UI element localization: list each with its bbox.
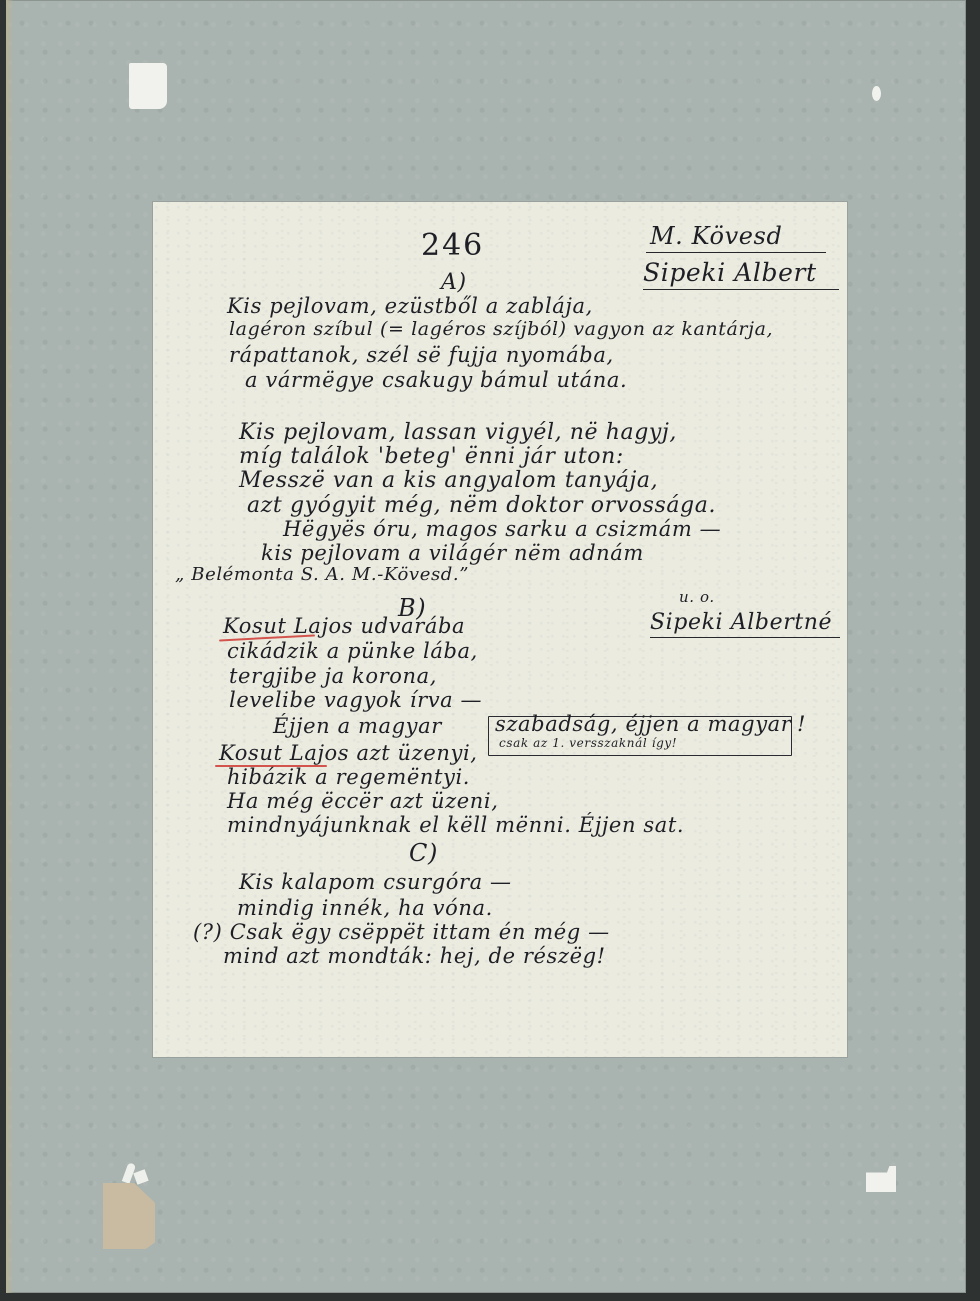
verse-line: míg találok 'beteg' ënni jár uton: (239, 444, 624, 469)
verse-line: mind azt mondták: hej, de részëg! (223, 944, 606, 968)
attribution-line: „ Belémonta S. A. M.-Kövesd.” (175, 564, 469, 585)
verse-line: Kosut Lajos udvarába (223, 614, 465, 638)
section-label-a: A) (441, 270, 467, 295)
informant-name-b: Sipeki Albertné (650, 610, 840, 638)
verse-line: hibázik a regemëntyi. (227, 765, 470, 789)
verse-line: lagéron szíbul (= lagéros szíjból) vagyo… (229, 318, 773, 340)
verse-line: Ha még ëccër azt üzeni, (227, 789, 499, 813)
verse-line: Messzë van a kis angyalom tanyája, (239, 468, 658, 493)
verse-line: Kosut Lajos azt üzenyi, (219, 741, 478, 765)
board-edge (6, 0, 14, 1293)
verse-line: rápattanok, szél së fujja nyomába, (229, 343, 614, 367)
collector-name: M. Kövesd (646, 222, 826, 253)
manuscript-sheet: 246 M. Kövesd Sipeki Albert A) Kis pejlo… (153, 202, 847, 1057)
torn-paper-remnant (872, 86, 881, 101)
verse-line: Kis pejlovam, ezüstből a zablája, (227, 294, 593, 318)
refrain-line: Éjjen a magyar (273, 714, 442, 738)
verse-line: (?) Csak ëgy csëppët ittam én még — (193, 920, 610, 944)
verse-line: cikádzik a pünke lába, (227, 639, 478, 663)
verse-line: levelibe vagyok írva — (229, 688, 482, 712)
torn-paper-remnant (129, 63, 167, 109)
torn-paper-remnant (123, 1163, 145, 1185)
verse-line: tergjibe ja korona, (229, 664, 437, 688)
verse-line: mindnyájunknak el këll mënni. Éjjen sat. (227, 813, 684, 837)
informant-name: Sipeki Albert (643, 258, 839, 290)
verse-line: kis pejlovam a világér nëm adnám (261, 541, 644, 565)
informant-prefix: u. o. (679, 588, 715, 606)
verse-line: Kis pejlovam, lassan vigyél, në hagyj, (239, 420, 677, 445)
verse-line: Hëgyës óru, magos sarku a csizmám — (283, 517, 721, 541)
verse-line: azt gyógyit még, nëm doktor orvossága. (247, 493, 716, 518)
bracket-note: csak az 1. versszaknál így! (499, 736, 677, 750)
exclamation: ! (797, 712, 806, 736)
verse-line: mindig innék, ha vóna. (237, 896, 493, 920)
page-number: 246 (421, 228, 484, 263)
refrain-bracketed: szabadság, éjjen a magyar (495, 712, 791, 736)
section-label-c: C) (409, 839, 438, 867)
verse-line: Kis kalapom csurgóra — (239, 870, 512, 894)
verse-line: a vármëgye csakugy bámul utána. (245, 368, 627, 392)
